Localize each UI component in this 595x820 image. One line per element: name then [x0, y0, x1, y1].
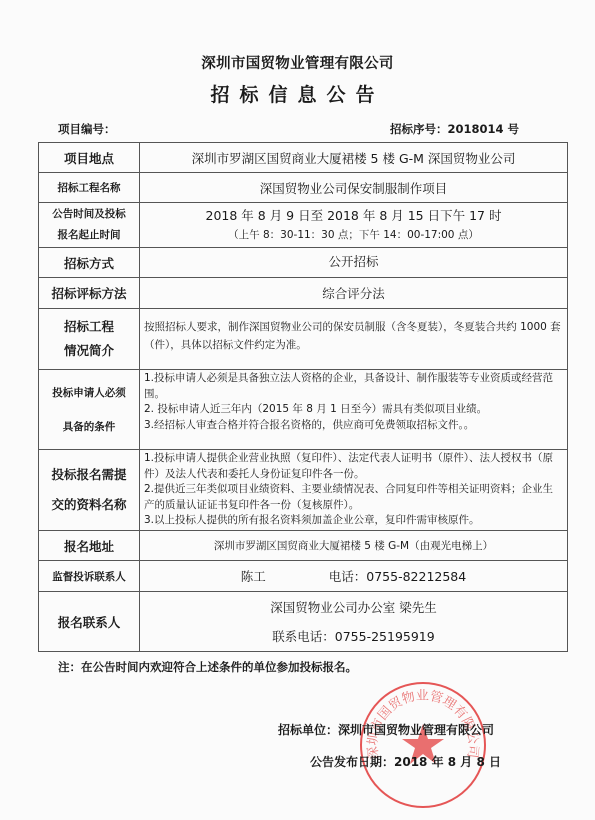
row-value: 按照招标人要求，制作深国贸物业公司的保安员制服（含冬夏装），冬夏装合共约 100…: [140, 309, 568, 370]
row-label-line: 投标报名需提: [39, 460, 139, 490]
row-label: 招标方式: [39, 248, 140, 278]
row-value: 陈工电话：0755-82212584: [140, 561, 568, 592]
table-row-documents: 投标报名需提 交的资料名称 1.投标申请人提供企业营业执照（复印件）、法定代表人…: [39, 450, 568, 531]
row-label-line: 公告时间及投标: [39, 204, 139, 225]
seal-star-icon: 深圳市国贸物业管理有限公司: [362, 684, 484, 806]
table-row-address: 报名地址 深圳市罗湖区国贸商业大厦裙楼 5 楼 G-M（由观光电梯上）: [39, 531, 568, 561]
project-number: 项目编号：: [58, 121, 116, 137]
requirement-item: 3.经招标人审查合格并符合报名资格的，供应商可免费领取招标文件。。: [144, 418, 563, 434]
row-value: 2018 年 8 月 9 日至 2018 年 8 月 15 日下午 17 时 （…: [140, 203, 568, 248]
document-item: 3.以上投标人提供的所有报名资料须加盖企业公章，复印件需审核原件。: [144, 513, 563, 529]
contact-office: 深国贸物业公司办公室 梁先生: [140, 593, 567, 622]
company-title: 深圳市国贸物业管理有限公司: [0, 52, 595, 73]
row-label: 招标工程 情况简介: [39, 309, 140, 370]
table-row-location: 项目地点 深圳市罗湖区国贸商业大厦裙楼 5 楼 G-M 深国贸物业公司: [39, 143, 568, 173]
row-label: 监督投诉联系人: [39, 561, 140, 592]
row-value: 1.投标申请人提供企业营业执照（复印件）、法定代表人证明书（原件）、法人授权书（…: [140, 450, 568, 531]
table-row-summary: 招标工程 情况简介 按照招标人要求，制作深国贸物业公司的保安员制服（含冬夏装），…: [39, 309, 568, 370]
table-row-project-name: 招标工程名称 深国贸物业公司保安制服制作项目: [39, 173, 568, 203]
row-value: 综合评分法: [140, 278, 568, 309]
tender-info-table: 项目地点 深圳市罗湖区国贸商业大厦裙楼 5 楼 G-M 深国贸物业公司 招标工程…: [38, 142, 568, 652]
table-row-evaluation: 招标评标方法 综合评分法: [39, 278, 568, 309]
company-seal-stamp: 深圳市国贸物业管理有限公司: [360, 682, 486, 808]
row-label: 项目地点: [39, 143, 140, 173]
tender-sequence: 招标序号：2018014 号: [390, 121, 519, 137]
document-title: 招标信息公告: [0, 80, 595, 107]
issuer: 招标单位：深圳市国贸物业管理有限公司: [278, 721, 494, 738]
table-row-contact: 报名联系人 深国贸物业公司办公室 梁先生 联系电话：0755-25195919: [39, 592, 568, 652]
row-label: 投标申请人必须 具备的条件: [39, 370, 140, 450]
publish-date: 公告发布日期：2018 年 8 月 8 日: [310, 753, 501, 770]
row-label: 招标工程名称: [39, 173, 140, 203]
row-label: 报名联系人: [39, 592, 140, 652]
row-label-line: 情况简介: [39, 339, 139, 363]
document-item: 1.投标申请人提供企业营业执照（复印件）、法定代表人证明书（原件）、法人授权书（…: [144, 451, 563, 482]
row-value: 深圳市罗湖区国贸商业大厦裙楼 5 楼 G-M 深国贸物业公司: [140, 143, 568, 173]
row-value: 深国贸物业公司办公室 梁先生 联系电话：0755-25195919: [140, 592, 568, 652]
schedule-hours: （上午 8：30-11：30 点；下午 14：00-17:00 点）: [140, 226, 567, 244]
row-label: 公告时间及投标 报名起止时间: [39, 203, 140, 248]
table-row-requirements: 投标申请人必须 具备的条件 1.投标申请人必须是具备独立法人资格的企业，具备设计…: [39, 370, 568, 450]
row-label: 报名地址: [39, 531, 140, 561]
supervisor-phone: 电话：0755-82212584: [329, 569, 466, 584]
row-value: 深国贸物业公司保安制服制作项目: [140, 173, 568, 203]
row-label-line: 交的资料名称: [39, 490, 139, 520]
row-label-line: 报名起止时间: [39, 225, 139, 246]
row-value: 深圳市罗湖区国贸商业大厦裙楼 5 楼 G-M（由观光电梯上）: [140, 531, 568, 561]
table-row-method: 招标方式 公开招标: [39, 248, 568, 278]
table-row-schedule: 公告时间及投标 报名起止时间 2018 年 8 月 9 日至 2018 年 8 …: [39, 203, 568, 248]
row-label-line: 投标申请人必须: [39, 376, 139, 410]
row-value: 1.投标申请人必须是具备独立法人资格的企业，具备设计、制作服装等专业资质或经营范…: [140, 370, 568, 450]
requirement-item: 1.投标申请人必须是具备独立法人资格的企业，具备设计、制作服装等专业资质或经营范…: [144, 371, 563, 402]
project-number-label: 项目编号：: [58, 122, 116, 136]
document-item: 2.提供近三年类似项目业绩资料、主要业绩情况表、合同复印件等相关证明资料；企业生…: [144, 482, 563, 513]
table-row-supervisor: 监督投诉联系人 陈工电话：0755-82212584: [39, 561, 568, 592]
row-label-line: 招标工程: [39, 315, 139, 339]
row-label-line: 具备的条件: [39, 410, 139, 444]
requirement-item: 2. 投标申请人近三年内（2015 年 8 月 1 日至今）需具有类似项目业绩。: [144, 402, 563, 418]
schedule-dates: 2018 年 8 月 9 日至 2018 年 8 月 15 日下午 17 时: [140, 206, 567, 226]
row-label: 招标评标方法: [39, 278, 140, 309]
row-value: 公开招标: [140, 248, 568, 278]
footer-note: 注：在公告时间内欢迎符合上述条件的单位参加投标报名。: [58, 659, 357, 675]
row-label: 投标报名需提 交的资料名称: [39, 450, 140, 531]
supervisor-name: 陈工: [241, 567, 329, 585]
contact-phone: 联系电话：0755-25195919: [140, 622, 567, 651]
